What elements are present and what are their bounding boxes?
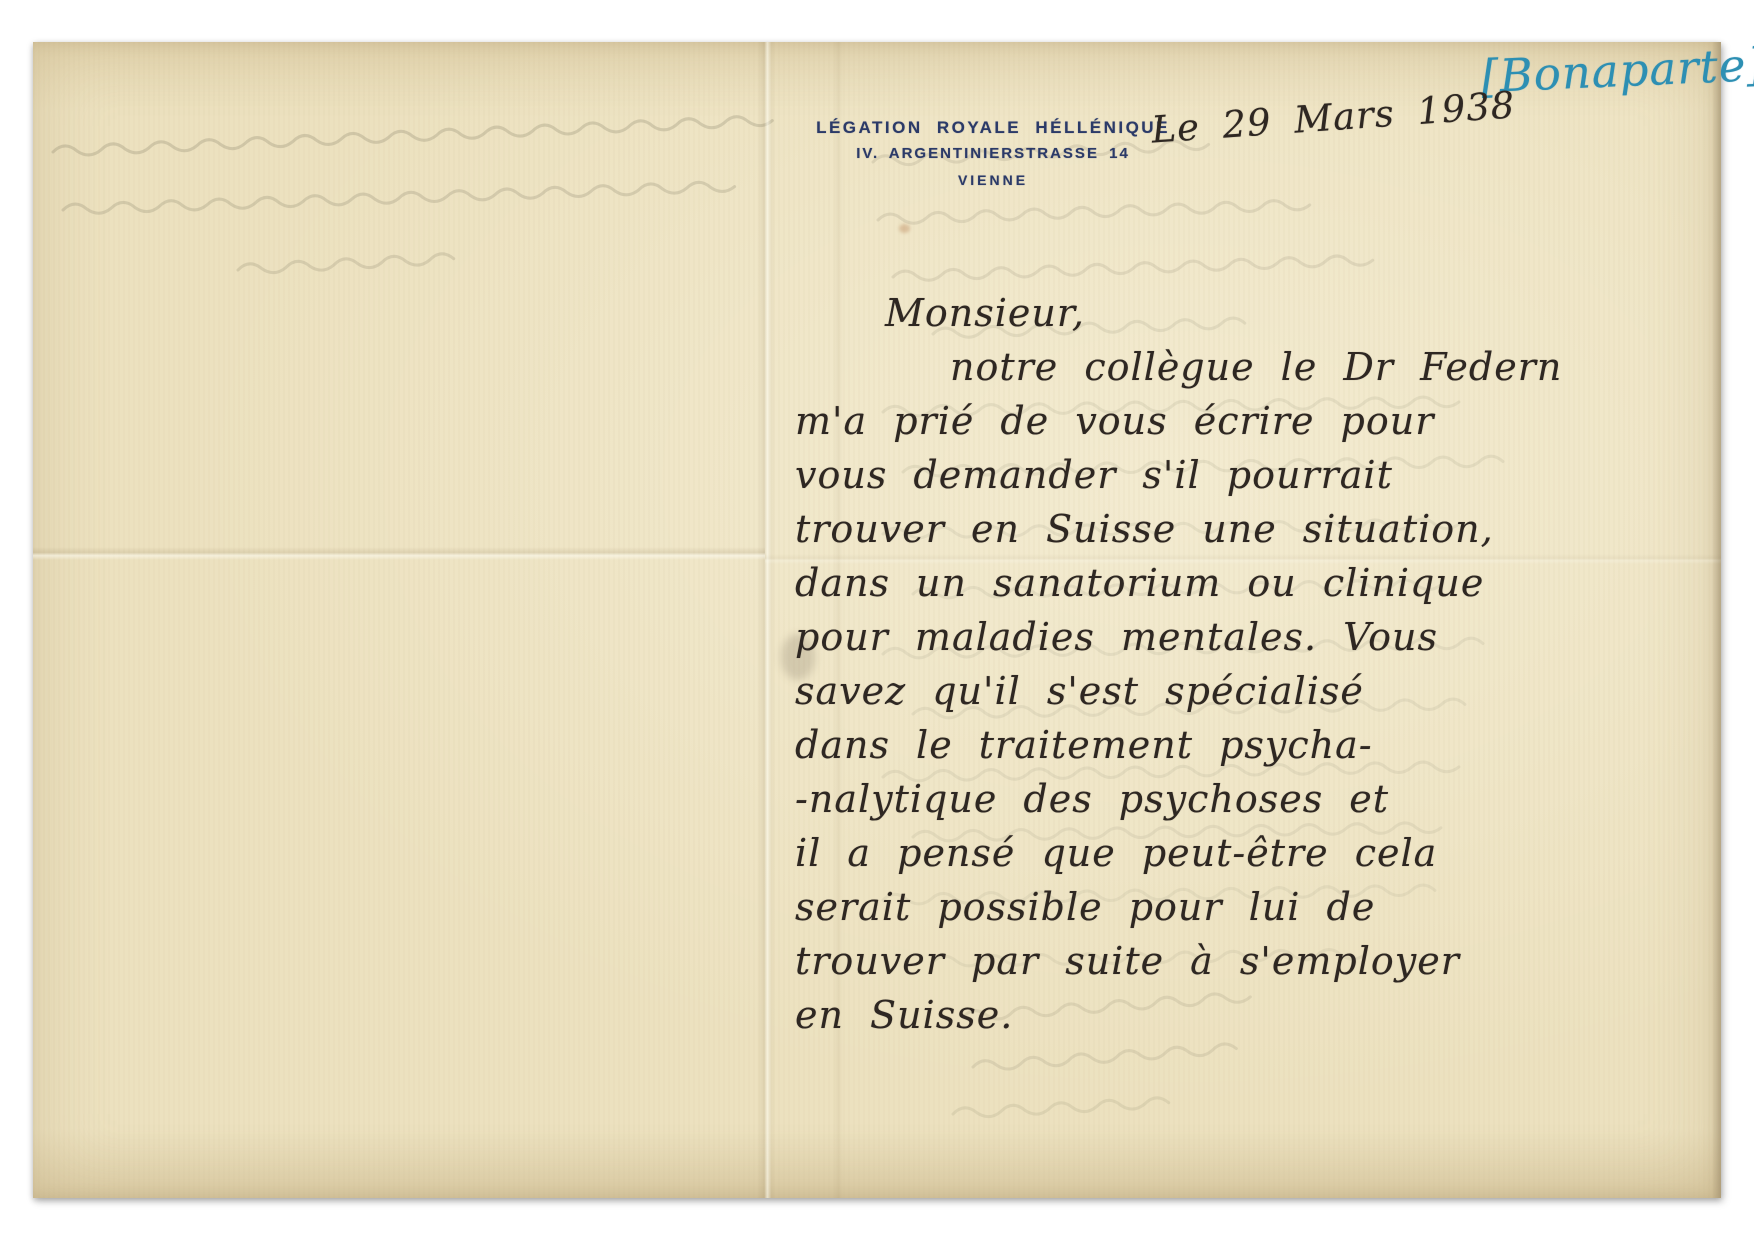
letter-line: savez qu'il s'est spécialisé bbox=[795, 664, 1595, 718]
archivist-annotation: [Bonaparte] bbox=[1480, 38, 1754, 103]
letter-line: serait possible pour lui de bbox=[795, 880, 1595, 934]
scanned-letter: [Bonaparte] LÉGATION ROYALE HÉLLÉNIQUE I… bbox=[0, 0, 1754, 1240]
stain-spot bbox=[899, 224, 910, 233]
vertical-fold-crease bbox=[757, 42, 775, 1198]
letter-line: trouver en Suisse une situation, bbox=[795, 502, 1595, 556]
letterhead-city: VIENNE bbox=[768, 167, 1218, 193]
letter-line: notre collègue le Dr Federn bbox=[950, 340, 1595, 394]
letterhead-address: IV. ARGENTINIERSTRASSE 14 bbox=[768, 141, 1218, 167]
letter-paper: [Bonaparte] LÉGATION ROYALE HÉLLÉNIQUE I… bbox=[33, 42, 1721, 1198]
letter-line: vous demander s'il pourrait bbox=[795, 448, 1595, 502]
letter-body: Monsieur, notre collègue le Dr Federn m'… bbox=[795, 286, 1595, 1042]
salutation: Monsieur, bbox=[885, 286, 1595, 340]
letter-line: pour maladies mentales. Vous bbox=[795, 610, 1595, 664]
letter-line: dans le traitement psycha- bbox=[795, 718, 1595, 772]
letter-line: dans un sanatorium ou clinique bbox=[795, 556, 1595, 610]
letter-line: trouver par suite à s'employer bbox=[795, 934, 1595, 988]
horizontal-fold-crease-left bbox=[33, 547, 765, 560]
letter-line: il a pensé que peut-être cela bbox=[795, 826, 1595, 880]
letter-line: en Suisse. bbox=[795, 988, 1595, 1042]
letter-line: -nalytique des psychoses et bbox=[795, 772, 1595, 826]
letter-line: m'a prié de vous écrire pour bbox=[795, 394, 1595, 448]
